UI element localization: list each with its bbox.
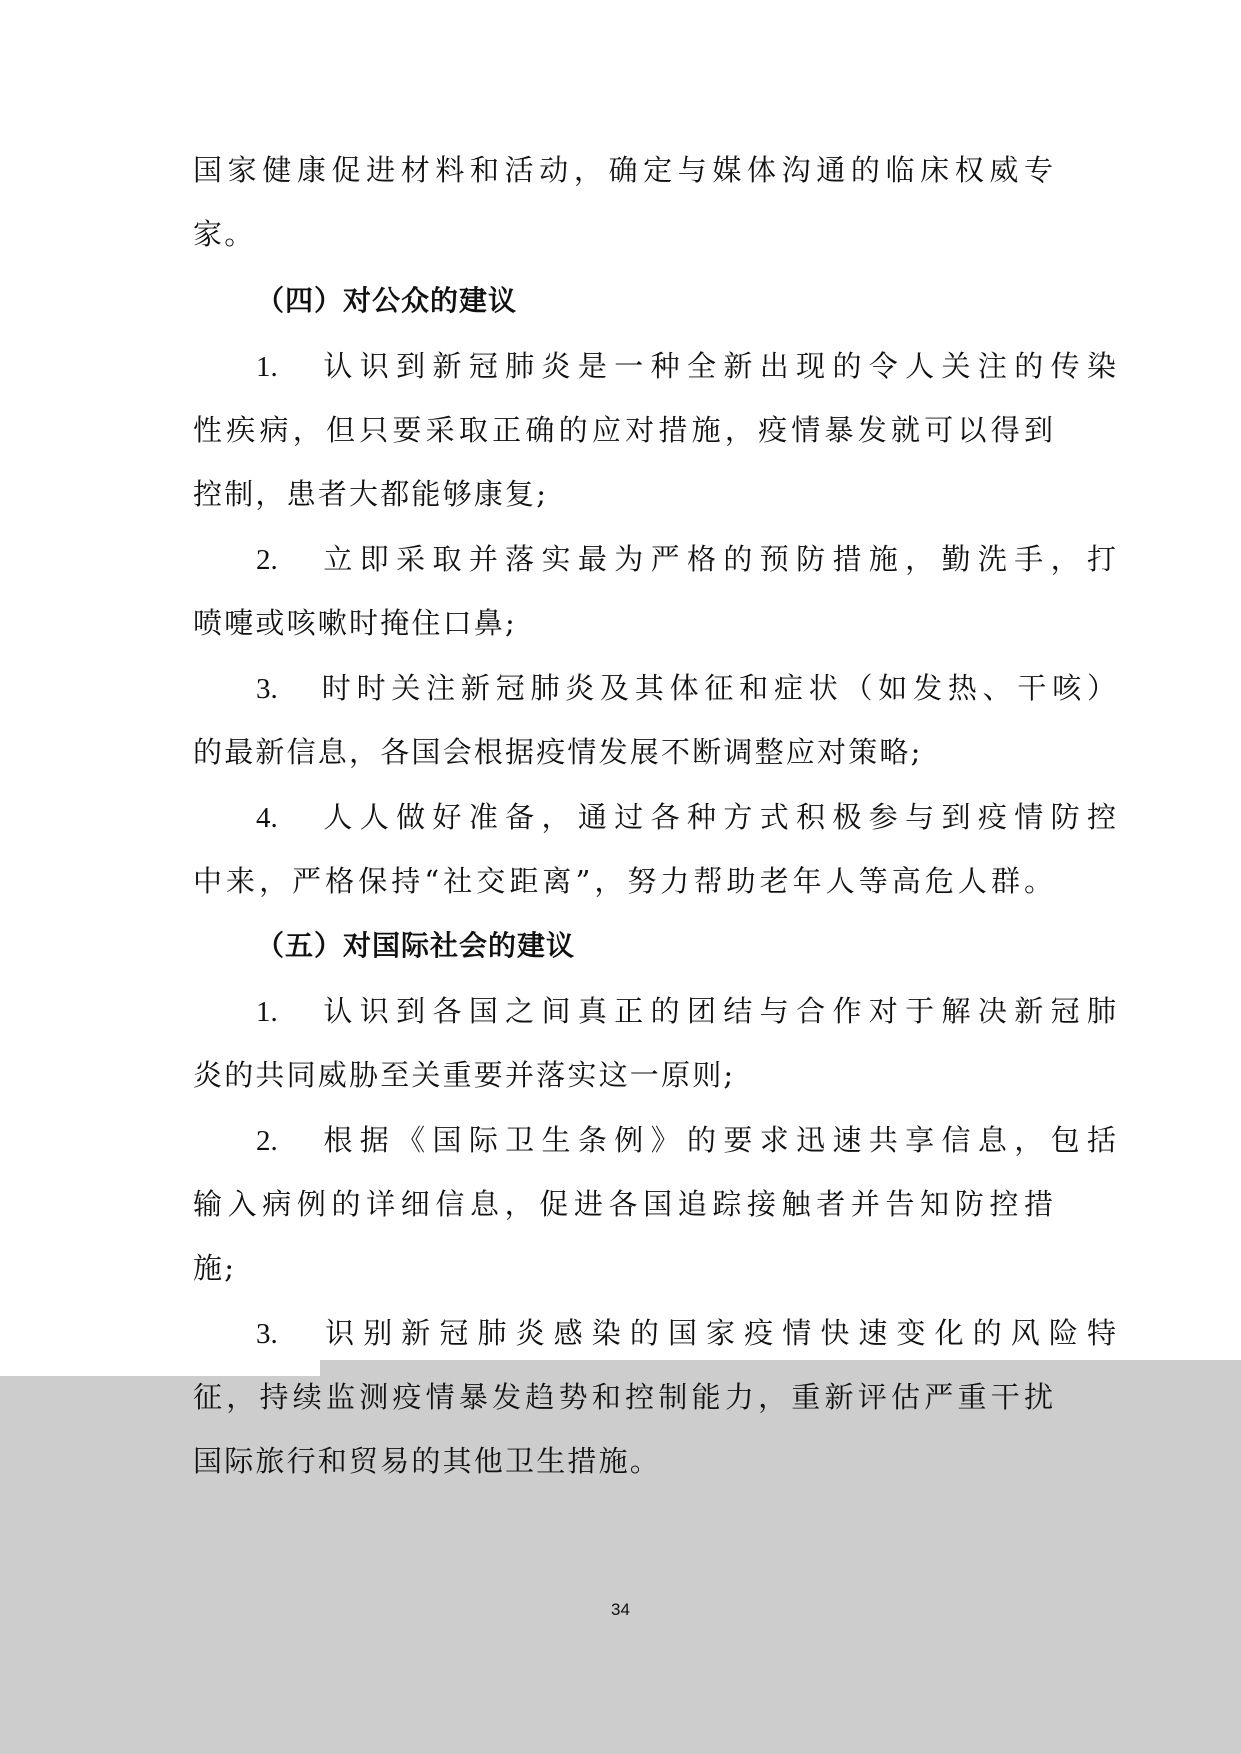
list-item-line: 性疾病，但只要采取正确的应对措施，疫情暴发就可以得到 — [193, 410, 1053, 450]
list-item-first-line: 2.根据《国际卫生条例》的要求迅速共享信息，包括 — [256, 1120, 1116, 1160]
list-item-line: 征，持续监测疫情暴发趋势和控制能力，重新评估严重干扰 — [193, 1377, 1053, 1417]
list-item-first-line: 2.立即采取并落实最为严格的预防措施，勤洗手，打 — [256, 539, 1116, 579]
list-item-line: 喷嚏或咳嗽时掩住口鼻; — [193, 603, 517, 643]
list-item-text: 人人做好准备，通过各种方式积极参与到疫情防控 — [316, 800, 1116, 834]
list-item-text: 时时关注新冠肺炎及其体征和症状（如发热、干咳） — [316, 671, 1116, 705]
list-item-text: 认识到新冠肺炎是一种全新出现的令人关注的传染 — [316, 349, 1116, 383]
list-item-line: 施; — [193, 1248, 236, 1288]
list-number: 3. — [256, 1314, 316, 1354]
list-number: 2. — [256, 540, 316, 580]
list-item-text: 识别新冠肺炎感染的国家疫情快速变化的风险特 — [316, 1316, 1116, 1350]
section-heading-public: （四）对公众的建议 — [256, 281, 517, 321]
list-number: 2. — [256, 1121, 316, 1161]
section-heading-international: （五）对国际社会的建议 — [256, 926, 575, 966]
list-item-first-line: 4.人人做好准备，通过各种方式积极参与到疫情防控 — [256, 797, 1116, 837]
list-item-first-line: 1.认识到各国之间真正的团结与合作对于解决新冠肺 — [256, 991, 1116, 1031]
list-item-first-line: 3.识别新冠肺炎感染的国家疫情快速变化的风险特 — [256, 1313, 1116, 1353]
list-number: 4. — [256, 798, 316, 838]
list-item-text: 立即采取并落实最为严格的预防措施，勤洗手，打 — [316, 542, 1116, 576]
list-number: 1. — [256, 347, 316, 387]
list-number: 3. — [256, 669, 316, 709]
list-item-line: 输入病例的详细信息，促进各国追踪接触者并告知防控措 — [193, 1184, 1053, 1224]
list-item-text: 根据《国际卫生条例》的要求迅速共享信息，包括 — [316, 1123, 1116, 1157]
list-item-text: 认识到各国之间真正的团结与合作对于解决新冠肺 — [316, 994, 1116, 1028]
list-item-line: 中来，严格保持“社交距离”，努力帮助老年人等高危人群。 — [193, 861, 1053, 901]
list-item-line: 的最新信息，各国会根据疫情发展不断调整应对策略; — [193, 732, 923, 772]
page-number: 34 — [0, 1600, 1241, 1620]
paragraph-line: 国家健康促进材料和活动，确定与媒体沟通的临床权威专 — [193, 150, 1053, 190]
paragraph-line: 家。 — [193, 214, 255, 254]
list-number: 1. — [256, 992, 316, 1032]
list-item-line: 国际旅行和贸易的其他卫生措施。 — [193, 1441, 661, 1481]
list-item-first-line: 3.时时关注新冠肺炎及其体征和症状（如发热、干咳） — [256, 668, 1116, 708]
list-item-line: 控制，患者大都能够康复; — [193, 474, 548, 514]
gray-overlay — [0, 1376, 1241, 1754]
gray-overlay-notch — [320, 1360, 1241, 1376]
list-item-line: 炎的共同威胁至关重要并落实这一原则; — [193, 1055, 735, 1095]
list-item-first-line: 1.认识到新冠肺炎是一种全新出现的令人关注的传染 — [256, 346, 1116, 386]
